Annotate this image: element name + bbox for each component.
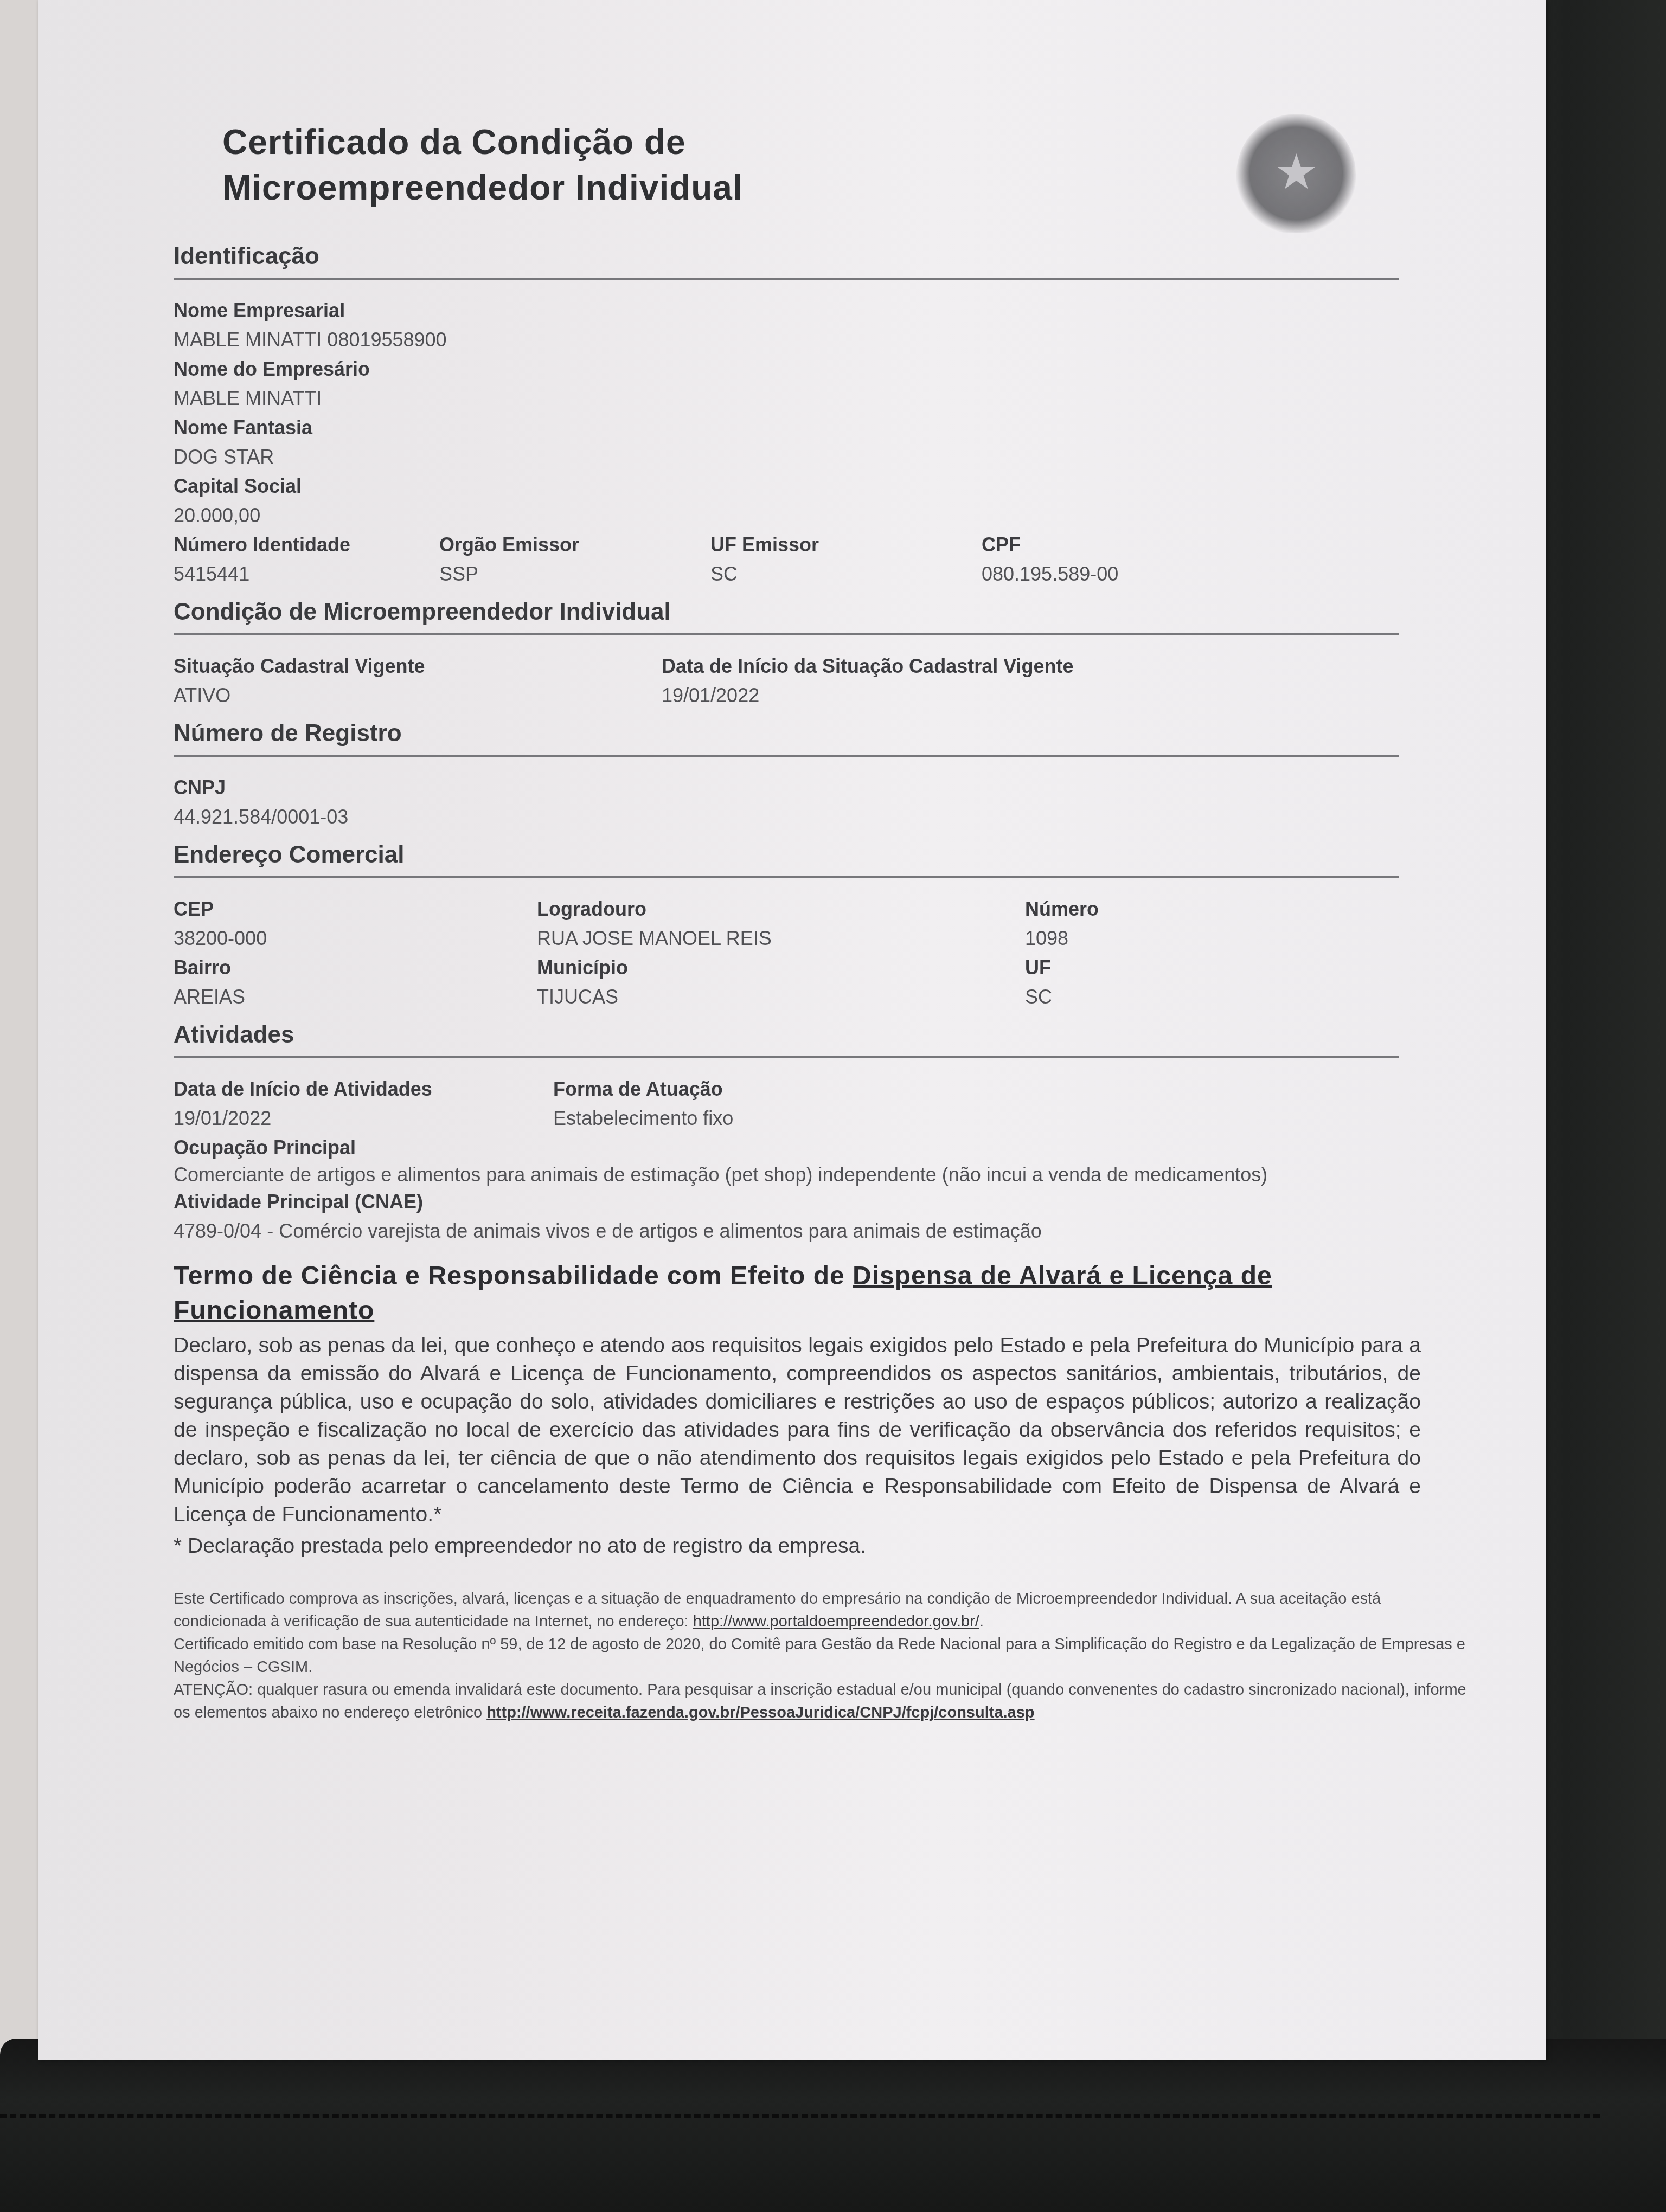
numero-identidade-value: 5415441 <box>174 560 439 589</box>
nome-fantasia-value: DOG STAR <box>174 442 1437 472</box>
numero-value: 1098 <box>1025 924 1099 953</box>
receita-consulta-link[interactable]: http://www.receita.fazenda.gov.br/Pessoa… <box>486 1704 1034 1721</box>
section-identificacao: Identificação <box>174 243 1399 280</box>
termo-footnote: * Declaração prestada pelo empreendedor … <box>174 1532 1421 1560</box>
situacao-label: Situação Cadastral Vigente <box>174 652 662 681</box>
footer-p1-end: . <box>979 1613 984 1630</box>
uf-value: SC <box>1025 982 1052 1012</box>
numero-label: Número <box>1025 895 1099 924</box>
condicao-row: Situação Cadastral VigenteATIVO Data de … <box>174 652 1437 710</box>
capital-social-value: 20.000,00 <box>174 501 1437 530</box>
termo-body: Declaro, sob as penas da lei, que conheç… <box>174 1332 1421 1529</box>
logradouro-value: RUA JOSE MANOEL REIS <box>537 924 1025 953</box>
bairro-label: Bairro <box>174 953 537 982</box>
cnpj-label: CNPJ <box>174 773 1437 802</box>
orgao-emissor-value: SSP <box>439 560 710 589</box>
cpf-value: 080.195.589-00 <box>982 560 1118 589</box>
brazil-coat-of-arms-icon <box>1236 114 1356 233</box>
data-inicio-atividades-value: 19/01/2022 <box>174 1104 553 1133</box>
endereco-row-1: CEP38200-000 LogradouroRUA JOSE MANOEL R… <box>174 895 1437 953</box>
certificate-page: Certificado da Condição de Microempreend… <box>38 0 1546 2060</box>
cep-value: 38200-000 <box>174 924 537 953</box>
cnae-value: 4789-0/04 - Comércio varejista de animai… <box>174 1217 1437 1246</box>
bairro-value: AREIAS <box>174 982 537 1012</box>
nome-fantasia-label: Nome Fantasia <box>174 413 1437 442</box>
certificate-footer: Este Certificado comprova as inscrições,… <box>174 1587 1475 1724</box>
municipio-value: TIJUCAS <box>537 982 1025 1012</box>
data-inicio-atividades-label: Data de Início de Atividades <box>174 1075 553 1104</box>
section-endereco: Endereço Comercial <box>174 841 1399 878</box>
nome-empresario-value: MABLE MINATTI <box>174 384 1437 413</box>
capital-social-label: Capital Social <box>174 472 1437 501</box>
cep-label: CEP <box>174 895 537 924</box>
endereco-row-2: BairroAREIAS MunicípioTIJUCAS UFSC <box>174 953 1437 1012</box>
ocupacao-principal-value: Comerciante de artigos e alimentos para … <box>174 1162 1367 1187</box>
footer-paragraph-attention: ATENÇÃO: qualquer rasura ou emenda inval… <box>174 1679 1475 1724</box>
footer-paragraph-authenticity: Este Certificado comprova as inscrições,… <box>174 1587 1475 1633</box>
footer-paragraph-resolution: Certificado emitido com base na Resoluçã… <box>174 1633 1475 1679</box>
termo-title: Termo de Ciência e Responsabilidade com … <box>174 1259 1437 1328</box>
uf-emissor-label: UF Emissor <box>710 530 982 560</box>
binder-cover-bottom <box>0 2039 1666 2212</box>
situacao-value: ATIVO <box>174 681 662 710</box>
atividades-row: Data de Início de Atividades19/01/2022 F… <box>174 1075 1437 1133</box>
logradouro-label: Logradouro <box>537 895 1025 924</box>
portal-empreendedor-link[interactable]: http://www.portaldoempreendedor.gov.br/ <box>693 1613 979 1630</box>
ocupacao-principal-label: Ocupação Principal <box>174 1133 1437 1162</box>
termo-title-plain: Termo de Ciência e Responsabilidade com … <box>174 1262 853 1290</box>
nome-empresario-label: Nome do Empresário <box>174 355 1437 384</box>
section-registro: Número de Registro <box>174 720 1399 757</box>
forma-atuacao-value: Estabelecimento fixo <box>553 1104 733 1133</box>
uf-emissor-value: SC <box>710 560 982 589</box>
orgao-emissor-label: Orgão Emissor <box>439 530 710 560</box>
numero-identidade-label: Número Identidade <box>174 530 439 560</box>
data-inicio-situacao-value: 19/01/2022 <box>662 681 1074 710</box>
nome-empresarial-value: MABLE MINATTI 08019558900 <box>174 325 1437 355</box>
cnae-label: Atividade Principal (CNAE) <box>174 1187 1437 1217</box>
section-condicao: Condição de Microempreendedor Individual <box>174 599 1399 635</box>
section-atividades: Atividades <box>174 1021 1399 1058</box>
municipio-label: Município <box>537 953 1025 982</box>
cnpj-value: 44.921.584/0001-03 <box>174 802 1437 832</box>
data-inicio-situacao-label: Data de Início da Situação Cadastral Vig… <box>662 652 1074 681</box>
binder-stitching <box>0 2114 1600 2118</box>
cpf-label: CPF <box>982 530 1118 560</box>
identity-row: Número Identidade5415441 Orgão EmissorSS… <box>174 530 1437 589</box>
certificate-content: Certificado da Condição de Microempreend… <box>174 119 1437 1724</box>
uf-label: UF <box>1025 953 1052 982</box>
nome-empresarial-label: Nome Empresarial <box>174 296 1437 325</box>
forma-atuacao-label: Forma de Atuação <box>553 1075 733 1104</box>
